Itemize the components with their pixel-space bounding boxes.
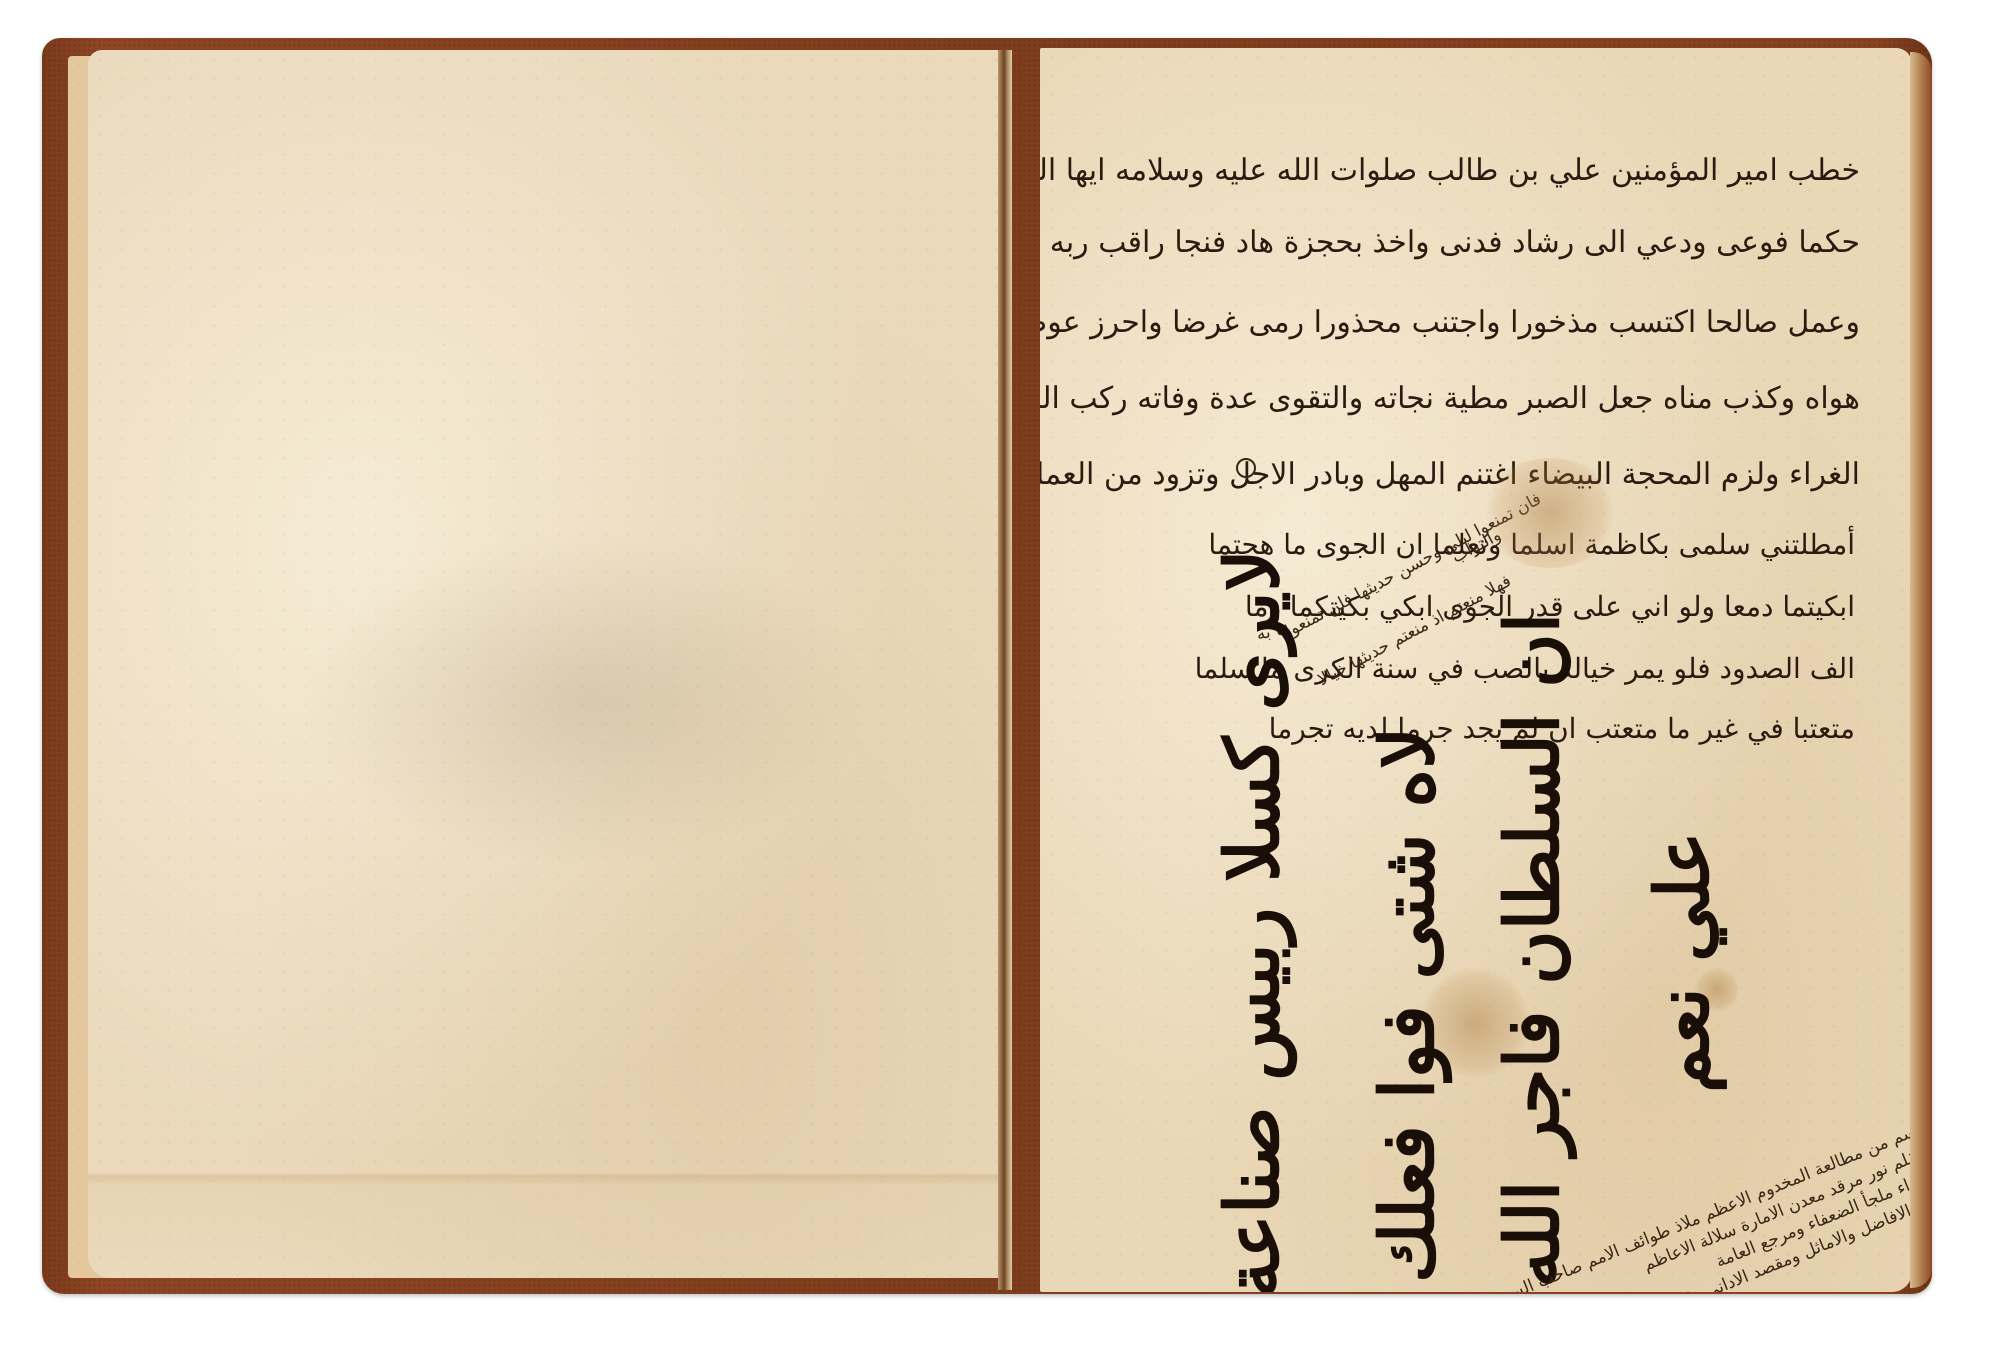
page-smudge <box>278 520 898 880</box>
right-manuscript-page: خطب امير المؤمنين علي بن طالب صلوات الله… <box>1040 48 1912 1292</box>
water-stain <box>88 1128 1000 1278</box>
book-gutter <box>998 50 1012 1290</box>
page-block-edge <box>1910 52 1932 1288</box>
handwritten-note: رسم من مطالعة المخدوم الاعظم ملاذ طوائف … <box>1679 1118 1912 1292</box>
main-text-line: خطب امير المؤمنين علي بن طالب صلوات الله… <box>1040 153 1860 188</box>
calligraphy-column: لايرى كسلا ربيس صناعة <box>1210 549 1296 1292</box>
calligraphy-column: ان السلطان فاجر الله <box>1490 613 1576 1288</box>
main-text-line: حكما فوعى ودعي الى رشاد فدنى واخذ بحجزة … <box>1040 225 1860 260</box>
main-text-line: وعمل صالحا اكتسب مذخورا واجتنب محذورا رم… <box>1040 305 1860 340</box>
calligraphy-column: علي نعم <box>1640 831 1726 1093</box>
tea-stain <box>1480 458 1620 568</box>
calligraphy-column: لاه شتى فوا فعلك <box>1365 727 1451 1283</box>
main-text-line: الغراء ولزم المحجة البيضاء اغتنم المهل و… <box>1040 457 1860 492</box>
left-blank-page <box>88 50 1000 1278</box>
main-text-line: هواه وكذب مناه جعل الصبر مطية نجاته والت… <box>1040 381 1860 416</box>
verse-marker-icon <box>1236 458 1256 478</box>
